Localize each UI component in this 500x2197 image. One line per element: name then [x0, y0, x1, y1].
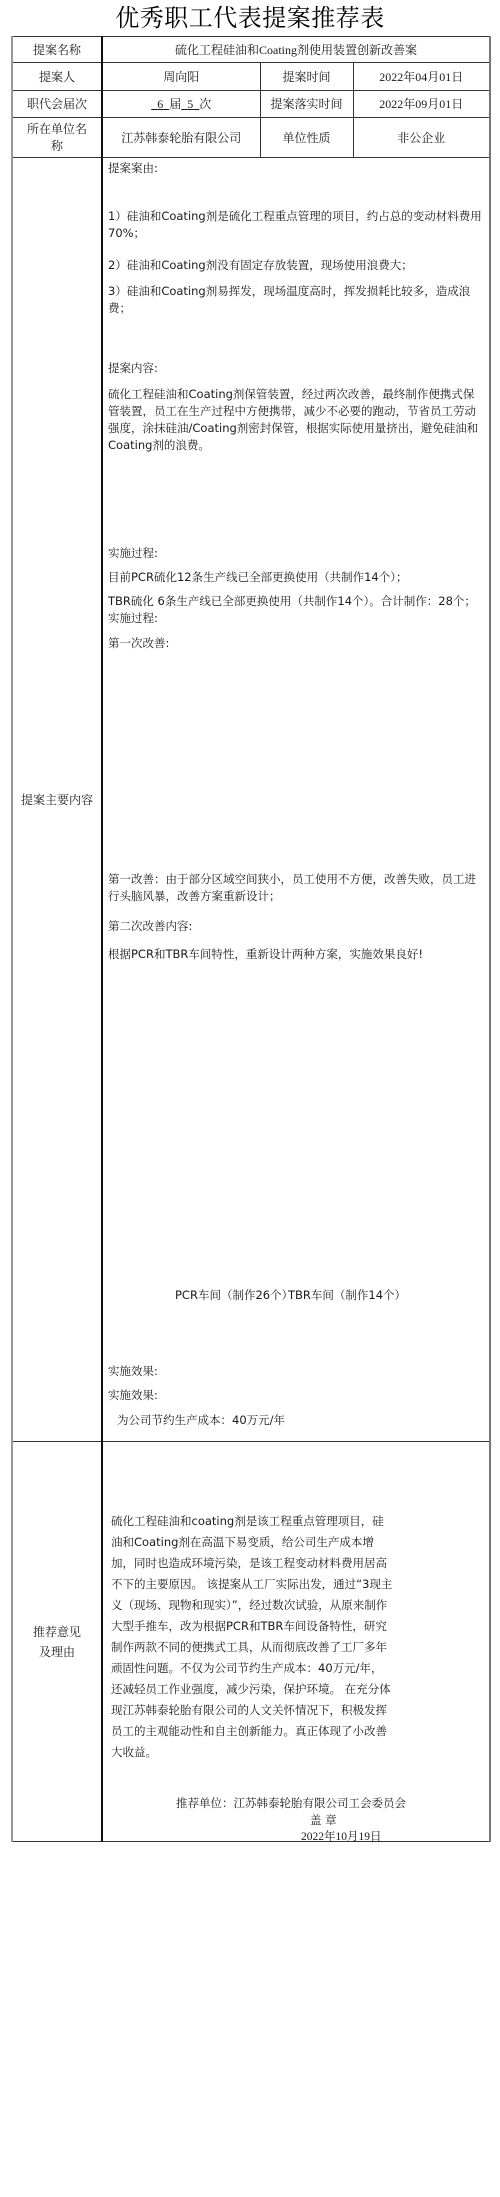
process-heading: 实施过程: [108, 545, 158, 562]
seal-label: 盖 章 [310, 1812, 337, 1829]
session-unit: 届 [169, 97, 181, 111]
effect-heading-2: 实施效果: [108, 1387, 158, 1404]
reason-item-1: 1）硅油和Coating剂是硫化工程重点管理的项目，约占总的变动材料费用70%； [108, 208, 485, 242]
document-title: 优秀职工代表提案推荐表 [0, 4, 500, 32]
row-proposal-name: 提案名称 硫化工程硅油和Coating剂使用装置创新改善案 [12, 37, 490, 63]
proposal-form-table: 提案名称 硫化工程硅油和Coating剂使用装置创新改善案 提案人 周向阳 提案… [11, 36, 491, 1842]
proposal-time-label: 提案时间 [260, 63, 353, 91]
proposer-label: 提案人 [12, 63, 102, 91]
row-session: 职代会届次 6 届 5 次 提案落实时间 2022年09月01日 [12, 91, 490, 118]
row-unit: 所在单位名称 江苏韩泰轮胎有限公司 单位性质 非公企业 [12, 118, 490, 158]
proposer-value: 周向阳 [102, 63, 260, 91]
session-number: 6 [151, 97, 169, 111]
reason-item-2: 2）硅油和Coating剂没有固定存放装置，现场使用浪费大； [108, 257, 485, 274]
first-improvement-heading: 第一次改善: [108, 635, 169, 652]
recommendation-date: 2022年10月19日 [301, 1829, 382, 1846]
implement-time-value: 2022年09月01日 [353, 91, 490, 118]
recommendation-label-line-1: 推荐意见 [13, 1622, 101, 1642]
unit-name-label: 所在单位名称 [12, 118, 102, 158]
session-number-text: 6 [157, 97, 163, 111]
second-improvement-text: 根据PCR和TBR车间特性，重新设计两种方案，实施效果良好! [108, 946, 485, 963]
recommendation-label-line-2: 及理由 [13, 1642, 101, 1662]
process-line-1: 目前PCR硫化12条生产线已全部更换使用（共制作14个）； [108, 569, 485, 586]
reason-item-3: 3）硅油和Coating剂易挥发，现场温度高时，挥发损耗比较多，造成浪费； [108, 283, 485, 317]
tbr-caption: TBR车间（制作14个） [288, 1287, 406, 1304]
main-content-label: 提案主要内容 [12, 158, 102, 1442]
proposal-name-label: 提案名称 [12, 37, 102, 63]
row-recommendation: 推荐意见 及理由 硫化工程硅油和coating剂是该工程重点管理项目，硅油和Co… [12, 1442, 490, 1842]
first-improvement-text: 第一改善：由于部分区域空间狭小，员工使用不方便，改善失败，员工进行头脑风暴，改善… [108, 871, 485, 905]
recommending-unit: 推荐单位：江苏韩泰轮胎有限公司工会委员会 [176, 1795, 406, 1812]
meeting-number: 5 [181, 97, 199, 111]
meeting-unit: 次 [199, 97, 211, 111]
recommendation-label: 推荐意见 及理由 [12, 1442, 102, 1842]
row-main-content: 提案主要内容 提案案由: 1）硅油和Coating剂是硫化工程重点管理的项目，约… [12, 158, 490, 1442]
recommendation-text: 硫化工程硅油和coating剂是该工程重点管理项目，硅油和Coating剂在高温… [111, 1511, 393, 1763]
process-line-2: TBR硫化 6条生产线已全部更换使用（共制作14个）。合计制作：28个；实施过程… [108, 593, 485, 627]
meeting-number-text: 5 [187, 97, 193, 111]
row-proposer: 提案人 周向阳 提案时间 2022年04月01日 [12, 63, 490, 91]
content-heading: 提案内容: [108, 360, 158, 377]
session-value: 6 届 5 次 [102, 91, 260, 118]
unit-name-value: 江苏韩泰轮胎有限公司 [102, 118, 260, 158]
second-improvement-heading: 第二次改善内容: [108, 918, 192, 935]
unit-type-label: 单位性质 [260, 118, 353, 158]
content-text: 硫化工程硅油和Coating剂保管装置，经过两次改善，最终制作便携式保管装置，员… [108, 386, 485, 454]
session-label: 职代会届次 [12, 91, 102, 118]
proposal-name-value: 硫化工程硅油和Coating剂使用装置创新改善案 [102, 37, 490, 63]
reason-heading: 提案案由: [108, 160, 158, 177]
main-content-body: 提案案由: 1）硅油和Coating剂是硫化工程重点管理的项目，约占总的变动材料… [102, 158, 490, 1442]
recommendation-body: 硫化工程硅油和coating剂是该工程重点管理项目，硅油和Coating剂在高温… [102, 1442, 490, 1842]
implement-time-label: 提案落实时间 [260, 91, 353, 118]
pcr-caption: PCR车间（制作26个） [175, 1287, 293, 1304]
effect-text: 为公司节约生产成本：40万元/年 [117, 1412, 285, 1429]
proposal-name-text: 硫化工程硅油和Coating剂使用装置创新改善案 [175, 43, 417, 57]
effect-heading-1: 实施效果: [108, 1363, 158, 1380]
proposal-time-value: 2022年04月01日 [353, 63, 490, 91]
unit-type-value: 非公企业 [353, 118, 490, 158]
